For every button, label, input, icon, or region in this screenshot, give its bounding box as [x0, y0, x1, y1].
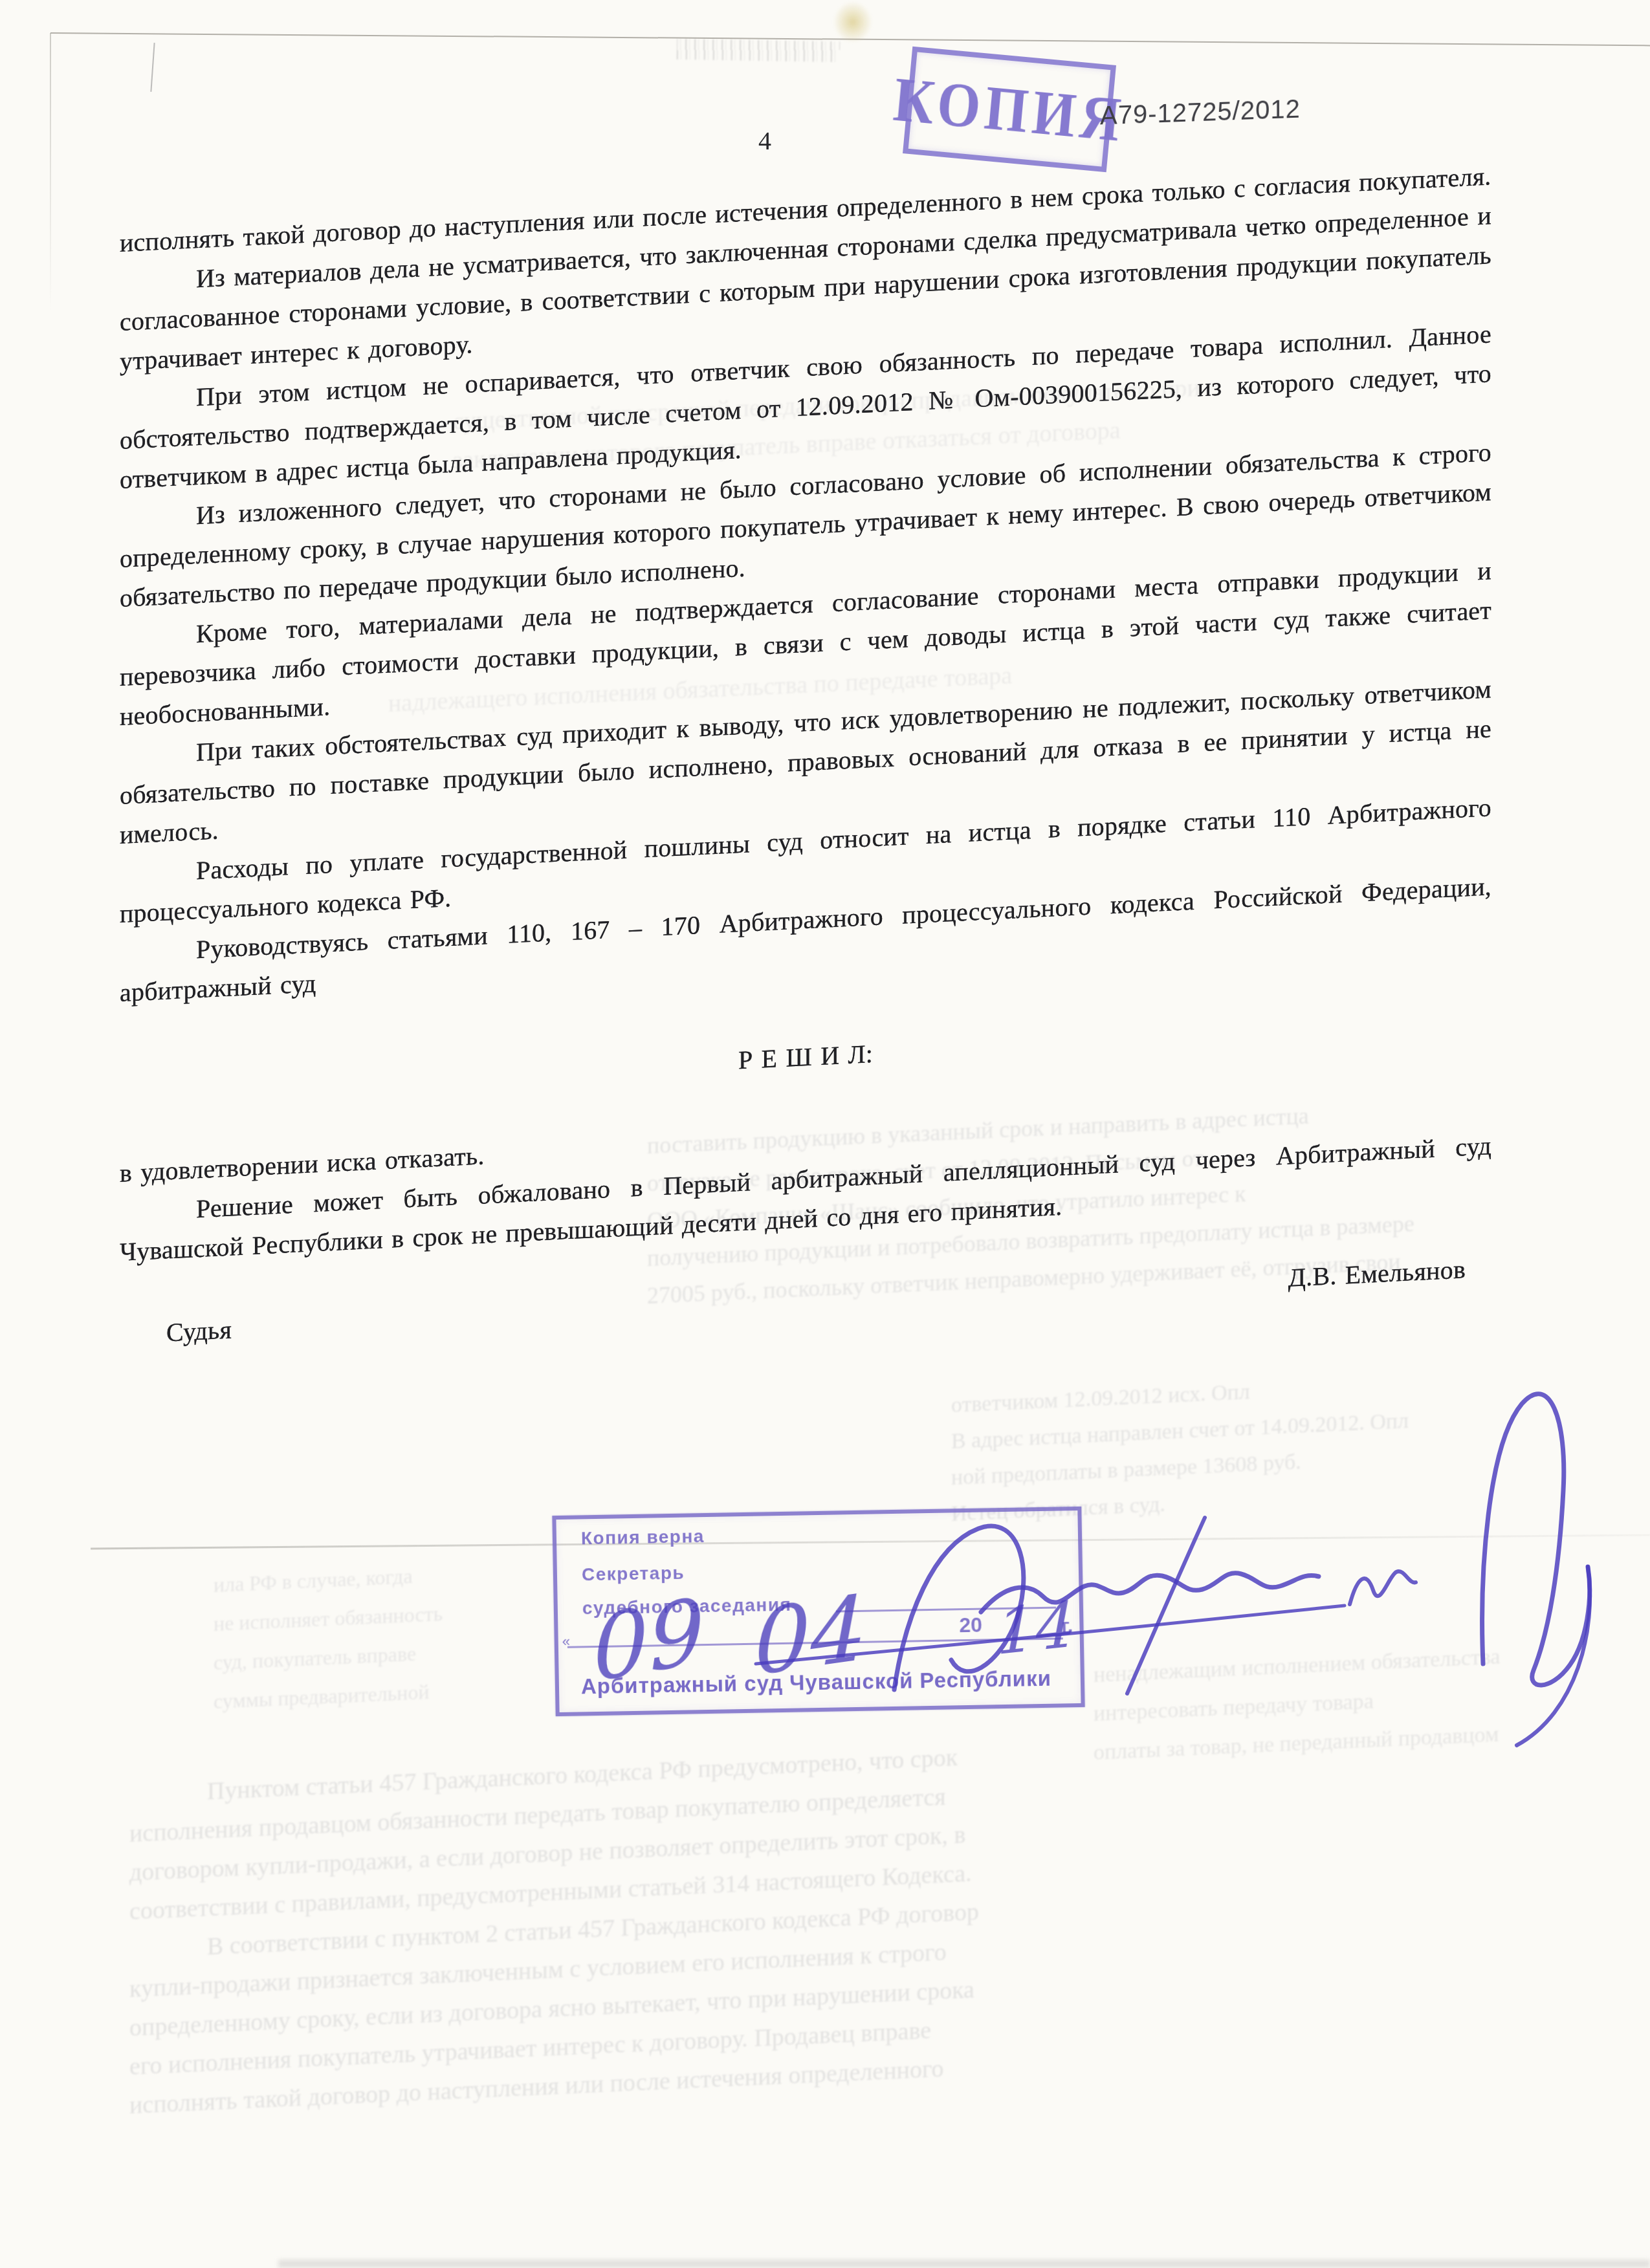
bleedthrough-block: Пунктом статьи 457 Гражданского кодекса … [129, 1710, 1579, 2125]
judge-label: Судья [166, 1310, 232, 1353]
handwritten-day: 09 [591, 1578, 707, 1703]
paper-stain [833, 1, 872, 43]
scanned-court-decision-page: КОПИЯ А79-12725/2012 4 исполнять такой д… [0, 0, 1650, 2268]
stamp-year-prefix: 20 [959, 1613, 982, 1638]
scan-speckles [677, 39, 841, 62]
paper-left-edge [50, 33, 51, 311]
copy-stamp: КОПИЯ [903, 47, 1116, 172]
page-number: 4 [758, 125, 771, 156]
stamp-copy-correct: Копия верна [581, 1526, 705, 1549]
case-number: А79-12725/2012 [1100, 95, 1301, 131]
scan-bottom-smudge [278, 2260, 1650, 2268]
bleedthrough-block: ответчиком 12.09.2012 исх. Опл В адрес и… [951, 1358, 1611, 1532]
stamp-secretary: Секретарь [582, 1563, 685, 1586]
handwritten-month: 04 [754, 1575, 867, 1696]
decision-heading: Р Е Ш И Л: [120, 1003, 1491, 1110]
bleedthrough-block: ила РФ в случае, когда не исполняет обяз… [214, 1550, 556, 1721]
scan-hair-artifact [150, 43, 155, 92]
handwritten-year: 14 [996, 1588, 1075, 1669]
copy-stamp-text: КОПИЯ [891, 62, 1128, 157]
